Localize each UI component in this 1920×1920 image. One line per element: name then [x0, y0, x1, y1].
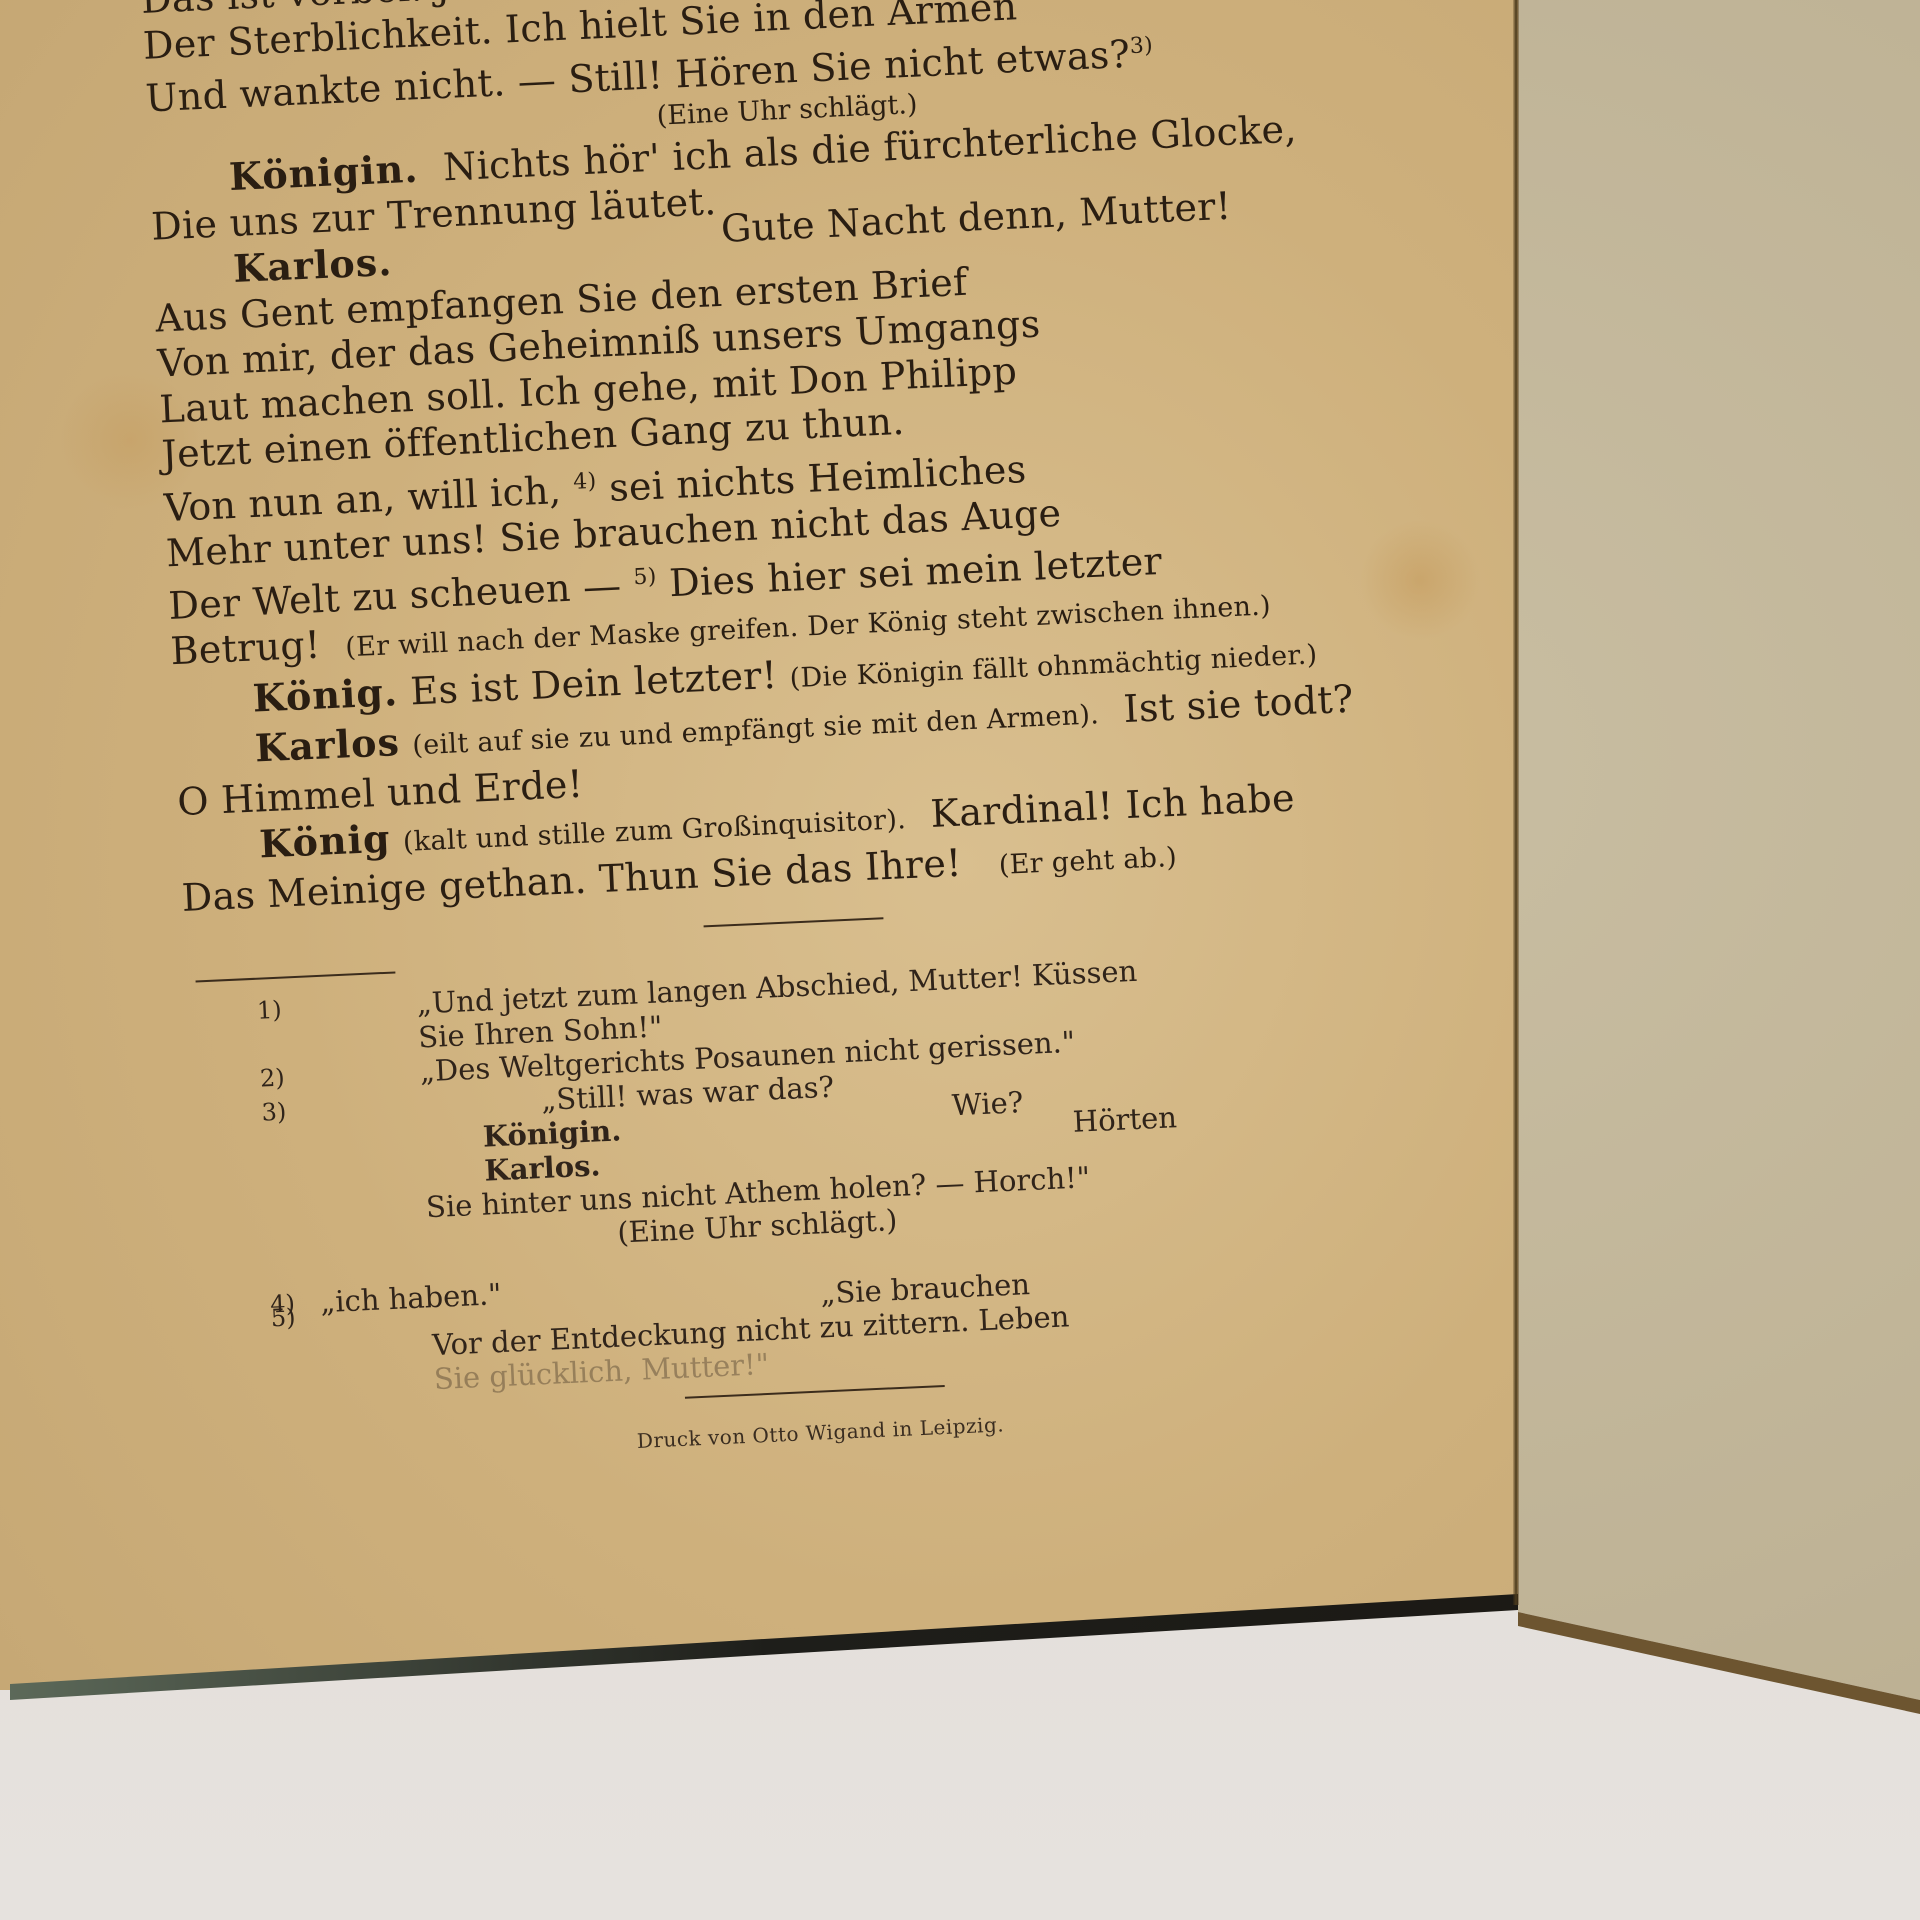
footnote-ref: 4): [573, 468, 597, 494]
footnote-text: Hörten: [1072, 1101, 1178, 1140]
footnote-rule: [196, 972, 396, 983]
footnote-ref: 5): [633, 565, 657, 591]
footnote-text: Wie?: [951, 1086, 1024, 1123]
speaker-name: Karlos: [254, 719, 401, 771]
stage-direction: (Er geht ab.): [998, 842, 1177, 881]
speaker-name: Königin.: [228, 146, 419, 200]
speaker-name: König: [258, 816, 391, 867]
closing-rule: [685, 1385, 945, 1399]
page-text: Das ist vorbei. Jetzt trotz' ich jedem S…: [140, 0, 1437, 1473]
footnote-number: 1): [256, 993, 282, 1028]
book-gutter: [1513, 0, 1519, 1605]
speaker-name: Karlos.: [232, 239, 393, 291]
verse-text: Betrug!: [170, 623, 322, 674]
end-rule: [704, 918, 884, 928]
footnote-number: 2): [259, 1061, 285, 1096]
footnote-number: 5): [270, 1301, 296, 1336]
speaker-name: König.: [252, 669, 399, 721]
footnote-ref: 3): [1129, 33, 1153, 59]
footnote-number: 3): [261, 1095, 287, 1130]
footnotes: 1) „Und jetzt zum langen Abschied, Mutte…: [186, 942, 1433, 1407]
book-photo: Das ist vorbei. Jetzt trotz' ich jedem S…: [0, 0, 1920, 1920]
verse-text: Ist sie todt?: [1123, 677, 1355, 731]
